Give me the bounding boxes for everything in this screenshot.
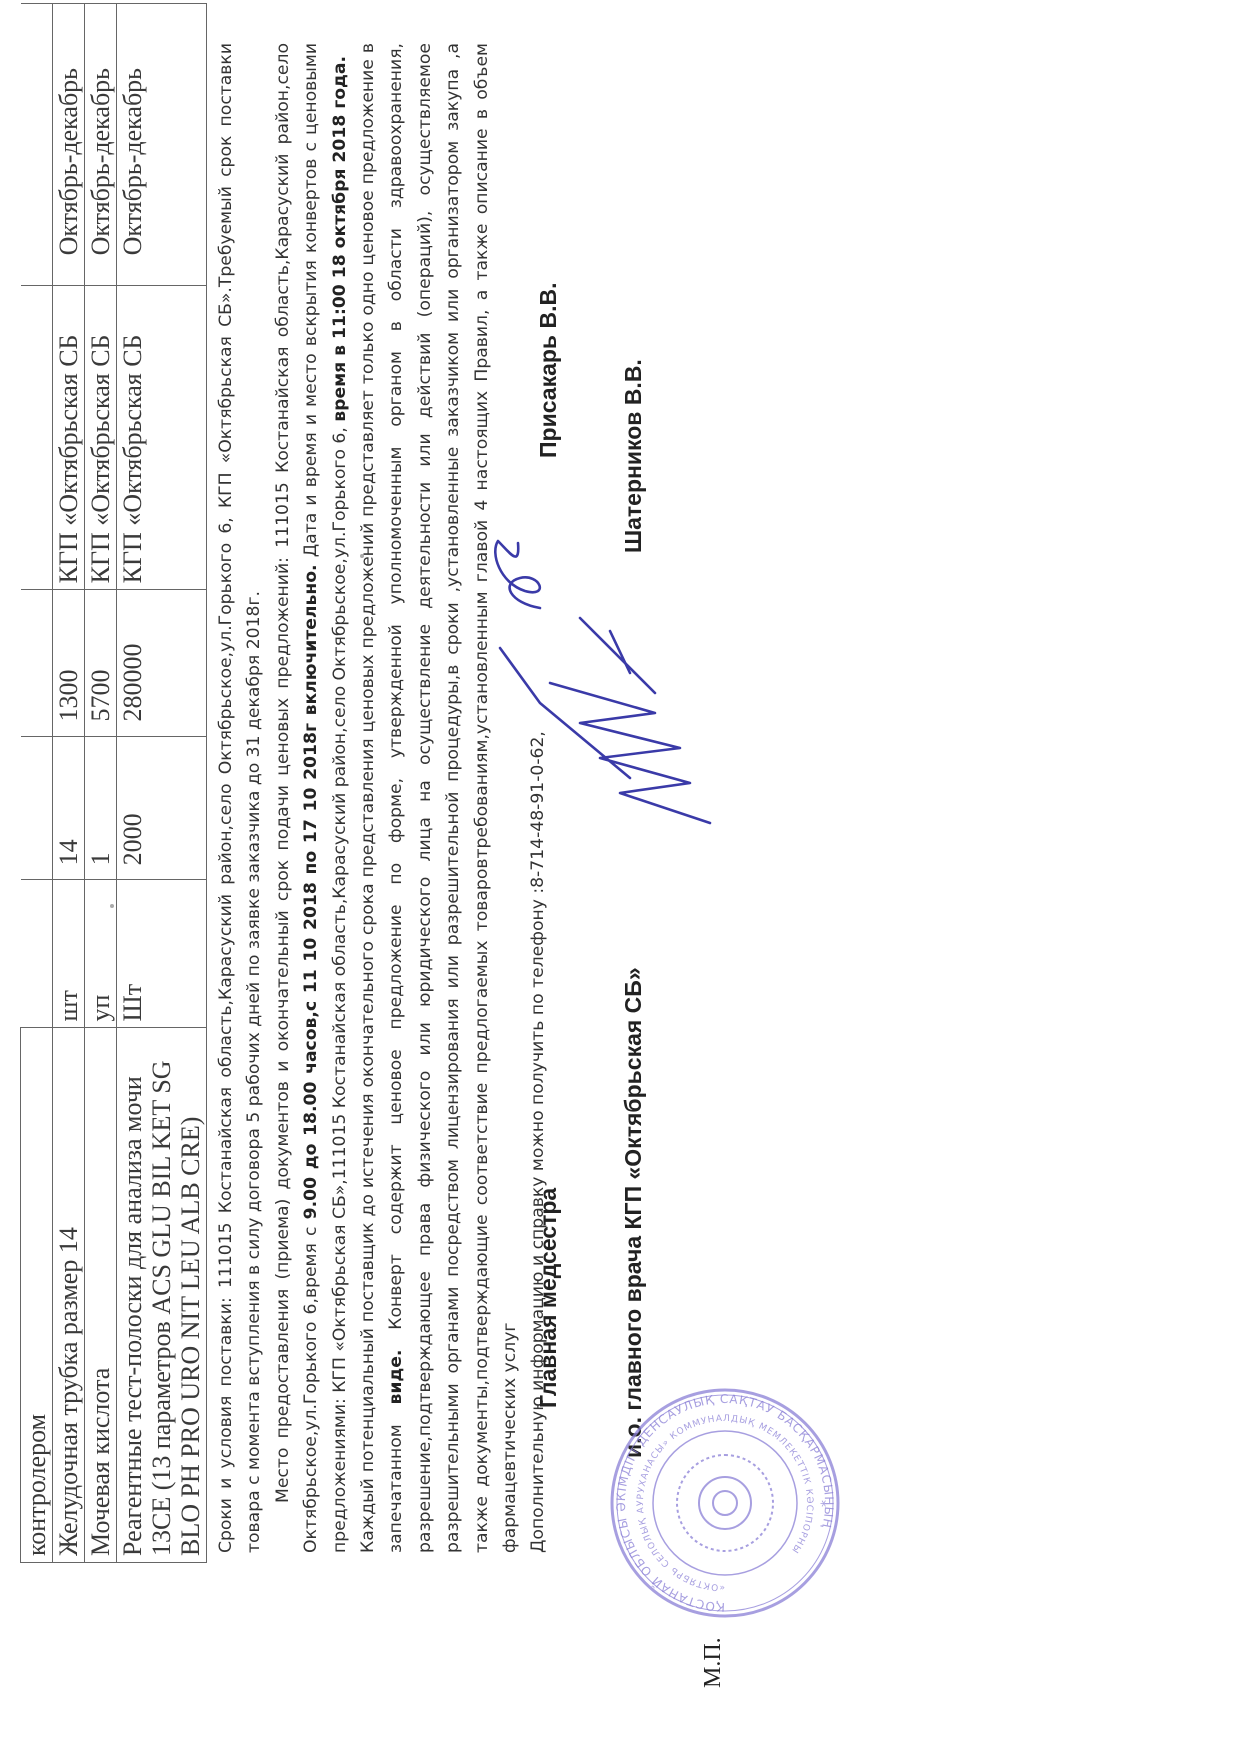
item-qty <box>21 736 53 880</box>
item-price <box>21 590 53 736</box>
svg-text:*: * <box>819 1499 835 1507</box>
scan-speck <box>110 904 114 908</box>
head-nurse-title: Главная медсестра <box>535 1188 562 1408</box>
item-unit: Шт <box>117 880 207 1028</box>
scan-speck <box>360 554 364 558</box>
item-term: Октябрь-декабрь <box>85 4 117 286</box>
official-stamp-icon: ҚОСТАНАЙ ОБЛЫСЫ ӘКІМДІГІ ДЕНСАУЛЫҚ САҚТА… <box>605 1383 845 1623</box>
stamp-inner-text: «ОКТЯБРЬ СЕЛОЛЫҚ АУРУХАНАСЫ» КОММУНАЛДЫҚ… <box>636 1414 814 1592</box>
item-place: КГП «Октябрьская СБ <box>117 286 207 590</box>
item-unit <box>21 880 53 1028</box>
item-place: КГП «Октябрьская СБ <box>85 286 117 590</box>
item-place <box>21 286 53 590</box>
item-unit: уп <box>85 880 117 1028</box>
item-price: 5700 <box>85 590 117 736</box>
table-row: Реагентные тест-полоски для анализа мочи… <box>117 4 207 1563</box>
item-qty: 2000 <box>117 736 207 880</box>
document-page: контролером Желудочная трубка размер 14 … <box>0 0 1240 1753</box>
table-row: Мочевая кислота уп 1 5700 КГП «Октябрьск… <box>85 4 117 1563</box>
table-row: Желудочная трубка размер 14 шт 14 1300 К… <box>53 4 85 1563</box>
table-row: контролером <box>21 4 53 1563</box>
item-unit: шт <box>53 880 85 1028</box>
item-qty: 1 <box>85 736 117 880</box>
handwritten-signature-icon <box>480 523 740 853</box>
submission-info: Место предоставления (приема) документов… <box>269 43 354 1553</box>
seal-label: М.П. <box>700 1637 727 1688</box>
item-place: КГП «Октябрьская СБ <box>53 286 85 590</box>
submission-period: 9.00 до 18.00 часов,с 11 10 2018 по 17 1… <box>301 564 321 1219</box>
item-qty: 14 <box>53 736 85 880</box>
opening-time: время в 11:00 18 октября 2018 года. <box>330 56 350 422</box>
item-name: Мочевая кислота <box>85 1028 117 1563</box>
stamp-outer-text: ҚОСТАНАЙ ОБЛЫСЫ ӘКІМДІГІ ДЕНСАУЛЫҚ САҚТА… <box>614 1392 836 1614</box>
items-table: контролером Желудочная трубка размер 14 … <box>20 3 207 1563</box>
item-name: контролером <box>21 1028 53 1563</box>
item-term: Октябрь-декабрь <box>117 4 207 286</box>
delivery-terms: Сроки и условия поставки: 111015 Костана… <box>212 43 269 1553</box>
item-term <box>21 4 53 286</box>
item-term: Октябрь-декабрь <box>53 4 85 286</box>
item-price: 280000 <box>117 590 207 736</box>
item-name: Реагентные тест-полоски для анализа мочи… <box>117 1028 207 1563</box>
requirements-emphasis: виде. <box>386 1350 406 1405</box>
item-price: 1300 <box>53 590 85 736</box>
item-name: Желудочная трубка размер 14 <box>53 1028 85 1563</box>
head-nurse-name: Присакарь В.В. <box>535 283 562 458</box>
